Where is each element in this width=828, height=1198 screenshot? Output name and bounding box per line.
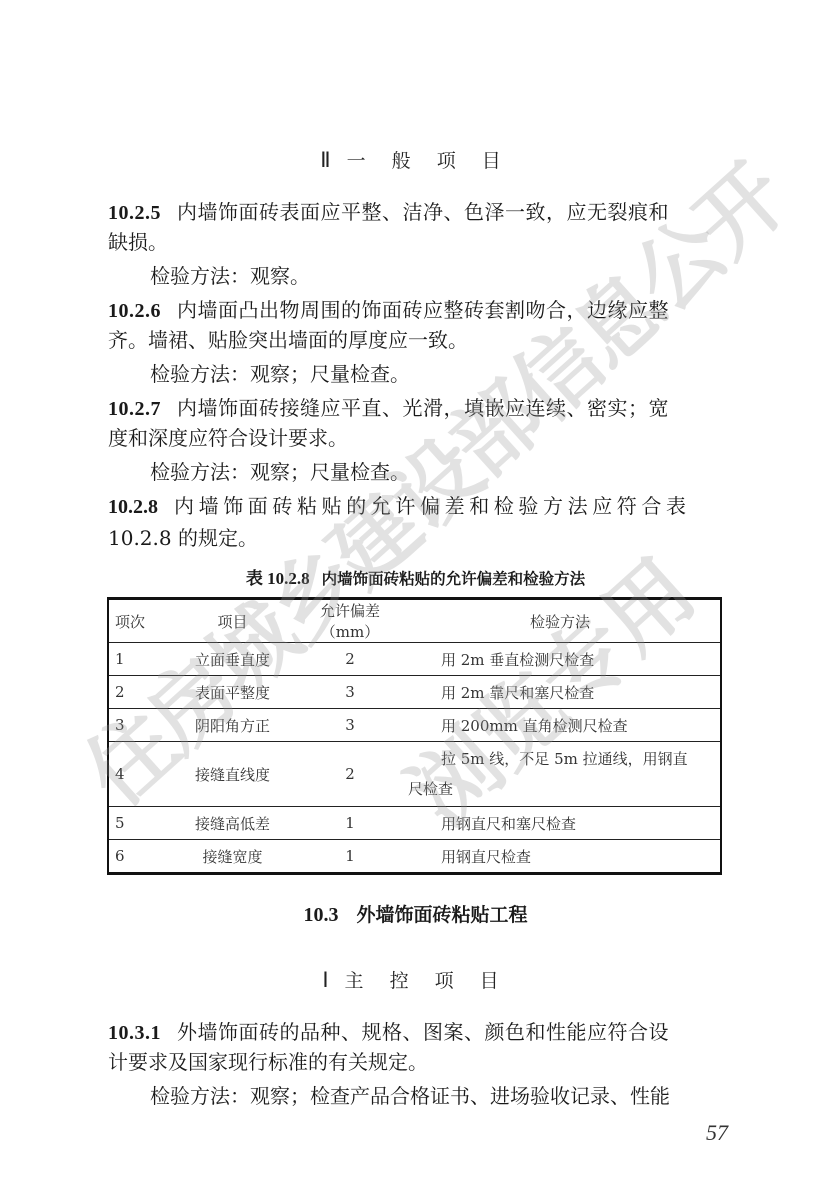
clause-number: 10.3.1 [108, 1022, 161, 1044]
table-row: 6 接缝宽度 1 用钢直尺检查 [108, 840, 721, 874]
table-number: 表 10.2.8 [246, 569, 310, 588]
clause-10-2-8-line-2: 10.2.8 的规定。 [108, 524, 723, 552]
subsection-title: 主 控 项 目 [345, 970, 509, 992]
section-title: 外墙饰面砖粘贴工程 [356, 904, 527, 926]
cell-item: 接缝宽度 [165, 840, 300, 874]
method-text-line-1: 拉 5m 线，不足 5m 拉通线，用钢直 [408, 744, 688, 774]
clause-text: 内墙饰面砖粘贴的允许偏差和检验方法应符合表 [174, 494, 691, 518]
table-row: 2 表面平整度 3 用 2m 靠尺和塞尺检查 [108, 676, 721, 709]
method-text-line-2: 尺检查 [408, 774, 714, 804]
cell-tolerance: 2 [300, 643, 400, 676]
table-row: 3 阴阳角方正 3 用 200mm 直角检测尺检查 [108, 709, 721, 742]
clause-text: 内墙饰面砖表面应平整、洁净、色泽一致，应无裂痕和 [177, 200, 669, 224]
page-number: 57 [706, 1120, 728, 1146]
subsection-title: 一 般 项 目 [347, 150, 511, 172]
method-text: 用 2m 垂直检测尺检查 [408, 649, 594, 670]
cell-tolerance: 1 [300, 840, 400, 874]
cell-tolerance: 2 [300, 742, 400, 807]
cell-method: 用 2m 垂直检测尺检查 [400, 643, 721, 676]
clause-text: 内墙饰面砖接缝应平直、光滑，填嵌应连续、密实；宽 [177, 396, 669, 420]
cell-item: 接缝直线度 [165, 742, 300, 807]
table-header-row: 项次 项目 允许偏差（mm） 检验方法 [108, 599, 721, 643]
table-caption: 表 10.2.8内墙饰面砖粘贴的允许偏差和检验方法 [108, 564, 723, 589]
clause-10-3-1-line-1: 10.3.1外墙饰面砖的品种、规格、图案、颜色和性能应符合设 [108, 1018, 723, 1047]
header-item-no: 项次 [108, 599, 165, 643]
method-text: 用钢直尺检查 [408, 846, 531, 867]
cell-item: 阴阳角方正 [165, 709, 300, 742]
clause-10-2-7-line-1: 10.2.7内墙饰面砖接缝应平直、光滑，填嵌应连续、密实；宽 [108, 394, 723, 423]
cell-tolerance: 3 [300, 676, 400, 709]
cell-item-no: 6 [108, 840, 165, 874]
section-heading: 10.3外墙饰面砖粘贴工程 [108, 900, 723, 927]
document-page: Ⅱ一 般 项 目 10.2.5内墙饰面砖表面应平整、洁净、色泽一致，应无裂痕和 … [0, 0, 828, 1198]
clause-10-2-6-line-2: 齐。墙裙、贴脸突出墙面的厚度应一致。 [108, 326, 723, 354]
clause-10-2-5-line-1: 10.2.5内墙饰面砖表面应平整、洁净、色泽一致，应无裂痕和 [108, 198, 723, 227]
header-tolerance: 允许偏差（mm） [300, 599, 400, 643]
method-text: 用钢直尺和塞尺检查 [408, 813, 576, 834]
clause-10-3-1-line-2: 计要求及国家现行标准的有关规定。 [108, 1048, 723, 1076]
cell-item-no: 1 [108, 643, 165, 676]
clause-text: 外墙饰面砖的品种、规格、图案、颜色和性能应符合设 [177, 1020, 669, 1044]
table-row: 1 立面垂直度 2 用 2m 垂直检测尺检查 [108, 643, 721, 676]
cell-item: 立面垂直度 [165, 643, 300, 676]
roman-numeral: Ⅰ [322, 968, 328, 992]
cell-item-no: 4 [108, 742, 165, 807]
cell-item-no: 5 [108, 807, 165, 840]
clause-number: 10.2.7 [108, 398, 161, 420]
clause-text: 内墙面凸出物周围的饰面砖应整砖套割吻合，边缘应整 [177, 298, 669, 322]
clause-10-2-7-line-2: 度和深度应符合设计要求。 [108, 424, 723, 452]
cell-method: 用 200mm 直角检测尺检查 [400, 709, 721, 742]
roman-numeral: Ⅱ [320, 148, 330, 172]
cell-method: 用 2m 靠尺和塞尺检查 [400, 676, 721, 709]
cell-method: 用钢直尺和塞尺检查 [400, 807, 721, 840]
clause-number: 10.2.8 [108, 496, 158, 518]
cell-tolerance: 1 [300, 807, 400, 840]
clause-10-2-6-method: 检验方法：观察；尺量检查。 [108, 360, 765, 388]
method-text: 用 200mm 直角检测尺检查 [408, 715, 628, 736]
cell-method: 拉 5m 线，不足 5m 拉通线，用钢直 尺检查 [400, 742, 721, 807]
clause-10-2-7-method: 检验方法：观察；尺量检查。 [108, 458, 765, 486]
clause-10-2-5-method: 检验方法：观察。 [108, 262, 765, 290]
subsection-heading-main: Ⅰ主 控 项 目 [108, 966, 723, 995]
header-method: 检验方法 [400, 599, 721, 643]
cell-item-no: 3 [108, 709, 165, 742]
header-item: 项目 [165, 599, 300, 643]
cell-item-no: 2 [108, 676, 165, 709]
clause-number: 10.2.6 [108, 300, 161, 322]
method-text: 用 2m 靠尺和塞尺检查 [408, 682, 594, 703]
cell-tolerance: 3 [300, 709, 400, 742]
clause-10-2-8-line-1: 10.2.8内墙饰面砖粘贴的允许偏差和检验方法应符合表 [108, 492, 723, 521]
cell-method: 用钢直尺检查 [400, 840, 721, 874]
table-title: 内墙饰面砖粘贴的允许偏差和检验方法 [322, 570, 586, 588]
table-row: 4 接缝直线度 2 拉 5m 线，不足 5m 拉通线，用钢直 尺检查 [108, 742, 721, 807]
clause-10-2-6-line-1: 10.2.6内墙面凸出物周围的饰面砖应整砖套割吻合，边缘应整 [108, 296, 723, 325]
subsection-heading-general: Ⅱ一 般 项 目 [108, 146, 723, 175]
cell-item: 接缝高低差 [165, 807, 300, 840]
section-number: 10.3 [303, 904, 338, 926]
clause-number: 10.2.5 [108, 202, 161, 224]
clause-10-2-5-line-2: 缺损。 [108, 228, 723, 256]
table-row: 5 接缝高低差 1 用钢直尺和塞尺检查 [108, 807, 721, 840]
cell-item: 表面平整度 [165, 676, 300, 709]
tolerance-table: 项次 项目 允许偏差（mm） 检验方法 1 立面垂直度 2 用 2m 垂直检测尺… [107, 597, 722, 875]
clause-10-3-1-method: 检验方法：观察；检查产品合格证书、进场验收记录、性能 [108, 1082, 765, 1110]
